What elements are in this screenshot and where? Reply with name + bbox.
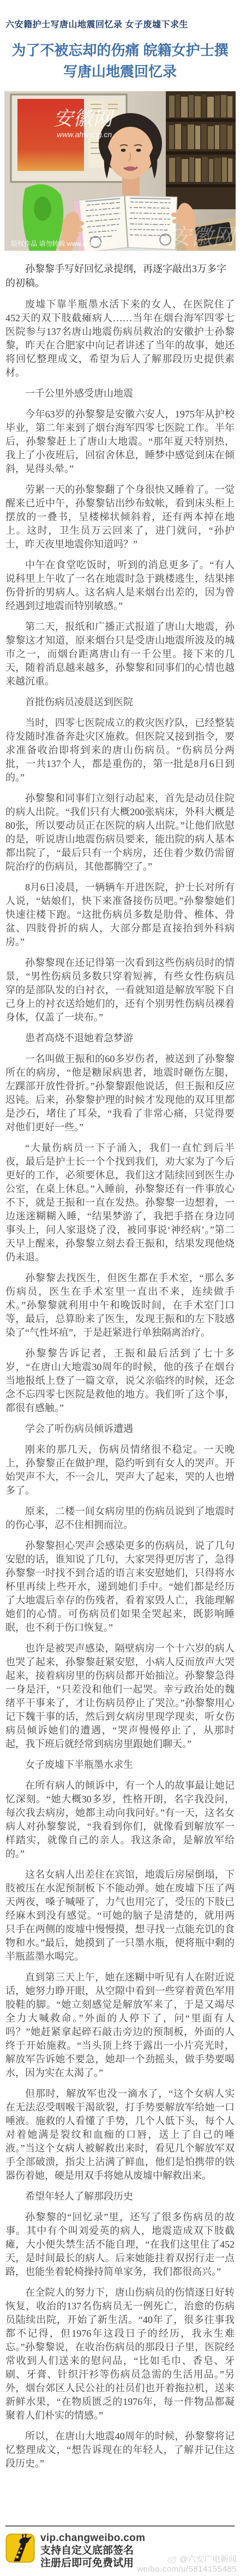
article-paragraph: 直到第三天上午，她在迷糊中听见有人在附近说话，她努力睁开眼，从空隙中看到一些穿着… — [5, 1971, 235, 2080]
photo-caption: 孙黎黎手写好回忆录提纲，再逐字敲出3万多字的初稿。 — [5, 262, 235, 290]
article-paragraph: 今年63岁的孙黎黎是安徽六安人，1975年从护校毕业，第二年来到了烟台海军四零七… — [5, 408, 235, 476]
article-headline: 为了不被忘却的伤痛 皖籍女护士撰写唐山地震回忆录 — [8, 40, 232, 82]
article-paragraph: 孙黎黎去找医生，但医生都在手术室，“那么多伤病员，医生在手术室里一直出不来，连续… — [5, 1271, 235, 1340]
article-paragraph: 劳累一天的孙黎黎翻了个身很快又睡着了。一觉醒来已近中午，孙黎黎钻出纱布蚊帐，看到… — [5, 483, 235, 551]
svg-text:安徽网: 安徽网 — [169, 225, 236, 249]
article-subheading: 学会了听伤病员倾诉遭遇 — [5, 1422, 235, 1436]
article-paragraph: 在全院人的努力下，唐山伤病员的伤情逐日好转恢复，收治的137名伤病员无一例死亡，… — [5, 2286, 235, 2422]
weibo-icon — [167, 2555, 177, 2563]
article-paragraph: 在所有病人的倾诉中，有一个人的故事最让她记忆深刻。“她大概30多岁，性格开朗，名… — [5, 1779, 235, 1861]
article-subheading: 一千公里外感受唐山地震 — [5, 387, 235, 400]
article-paragraph: 中午在食堂吃饭时，听到的消息更多了。“有人说科里上午收了一名在地震时急于跳楼逃生… — [5, 558, 235, 613]
article-paragraph: 一名叫做王振和的60多岁伤者，被送到了孙黎黎所在的病房，“他是糖尿病患者，地震时… — [5, 1052, 235, 1134]
article-paragraph: 第二天，报纸和广播正式报道了唐山大地震，孙黎黎这才知道，原来烟台只是受唐山地震所… — [5, 620, 235, 688]
svg-text:安徽网: 安徽网 — [53, 107, 115, 129]
weibo-watermark: @六安广电新闻 weibo.com/u/5814155485 — [137, 2553, 237, 2574]
photo-illustration: 安徽网 www.ahwang.cn 版权作品 请勿转载 www.ahwang.c… — [4, 91, 236, 251]
weibo-account-name: @六安广电新闻 — [179, 2553, 237, 2565]
changweibo-url: vip.changweibo.com — [40, 2532, 145, 2544]
weibo-account-url: weibo.com/u/5814155485 — [137, 2565, 237, 2574]
footer-slogan-2: 注册后即可免费试用 — [40, 2557, 145, 2569]
article-paragraph: 所以，在唐山大地震40周年的时候，孙黎黎将记忆整理成文，“想告诉现在的年轻人，了… — [5, 2430, 235, 2471]
article-paragraph: 废墟下靠半瓶墨水活下来的女人、在医院住了452天的双下肢截瘫病人……当年在烟台海… — [5, 298, 235, 380]
article-body: 废墟下靠半瓶墨水活下来的女人、在医院住了452天的双下肢截瘫病人……当年在烟台海… — [0, 290, 240, 2471]
kicker-title: 六安籍护士写唐山地震回忆录 女子废墟下求生 — [0, 0, 240, 30]
article-paragraph: 8月6日凌晨，一辆辆车开进医院，护士长对所有人说，“姑娘们，快下来准备接伤员吧。… — [5, 881, 235, 949]
article-subheading: 希望年轻人了解那段历史 — [5, 2190, 235, 2203]
article-paragraph: 刚来的那几天，伤病员情绪很不稳定。一天晚上，孙黎黎正在做护理，隐约听到有女人的哭… — [5, 1443, 235, 1498]
footer-slogan-1: 支持自定义底部签名 — [40, 2544, 145, 2557]
article-paragraph: 这名女病人出差住在宾馆，地震后房屋倒塌，下肢被压在水泥预制板下不能动弹。她在废墟… — [5, 1868, 235, 1964]
article-paragraph: 孙黎黎担心哭声会感染更多的伤病员，说了几句安慰的话，谁知说了几句，大家哭得更厉害… — [5, 1539, 235, 1635]
changweibo-giraffe-logo — [5, 2533, 35, 2563]
article-paragraph: 原来，二楼一间女病房里的伤病员说到了地震时的伤心事，忍不住相拥而泣。 — [5, 1505, 235, 1532]
article-subheading: 患者高烧不退她着急梦游 — [5, 1031, 235, 1045]
article-paragraph: 孙黎黎现在还记得第一次看到这些伤病员时的情景，“男性伤病员多数只穿着短裤，有些女… — [5, 956, 235, 1024]
article-paragraph: 也许是被哭声感染，隔壁病房一个十六岁的病人也哭了起来，孙黎黎赶紧安慰，小病人反而… — [5, 1642, 235, 1751]
long-weibo-article: 六安籍护士写唐山地震回忆录 女子废墟下求生 为了不被忘却的伤痛 皖籍女护士撰写唐… — [0, 0, 240, 2576]
article-photo: 安徽网 www.ahwang.cn 版权作品 请勿转载 www.ahwang.c… — [4, 91, 236, 251]
footer-signature: vip.changweibo.com 支持自定义底部签名 注册后即可免费试用 @… — [0, 2525, 240, 2576]
article-paragraph: 孙黎黎的“回忆录”里，还写了很多伤病员的故事。其中有个叫刘爱英的病人，地震造成双… — [5, 2210, 235, 2279]
svg-text:www.ahwang.cn: www.ahwang.cn — [57, 130, 112, 139]
article-subheading: 女子废墟下半瓶墨水求生 — [5, 1758, 235, 1772]
article-subheading: 首批伤病员凌晨送到医院 — [5, 695, 235, 709]
article-paragraph: “大量伤病员一下子涌入，我们一直忙到后半夜，最后是护士长一个个找到我们，劝大家为… — [5, 1141, 235, 1264]
article-paragraph: 但那时，解放军也没一滴水了，“这个女病人实在无法忍受咽喉干渴欲裂，打手势要解放军… — [5, 2087, 235, 2183]
bookshelf — [166, 91, 236, 209]
article-paragraph: 孙黎黎和同事们立刻行动起来，首先是动员住院的病人出院。“我们只有大概200张病床… — [5, 792, 235, 874]
article-paragraph: 当时，四零七医院成立的救灾医疗队，已经整装待发随时准备奔赴灾区施救。但医院又接到… — [5, 716, 235, 785]
article-paragraph: 孙黎黎告诉记者，王振和最后活到了七十多岁，“在唐山大地震30周年的时候，他的孩子… — [5, 1347, 235, 1415]
svg-text:版权作品 请勿转载 www.ahwang.cn: 版权作品 请勿转载 www.ahwang.cn — [11, 239, 114, 247]
